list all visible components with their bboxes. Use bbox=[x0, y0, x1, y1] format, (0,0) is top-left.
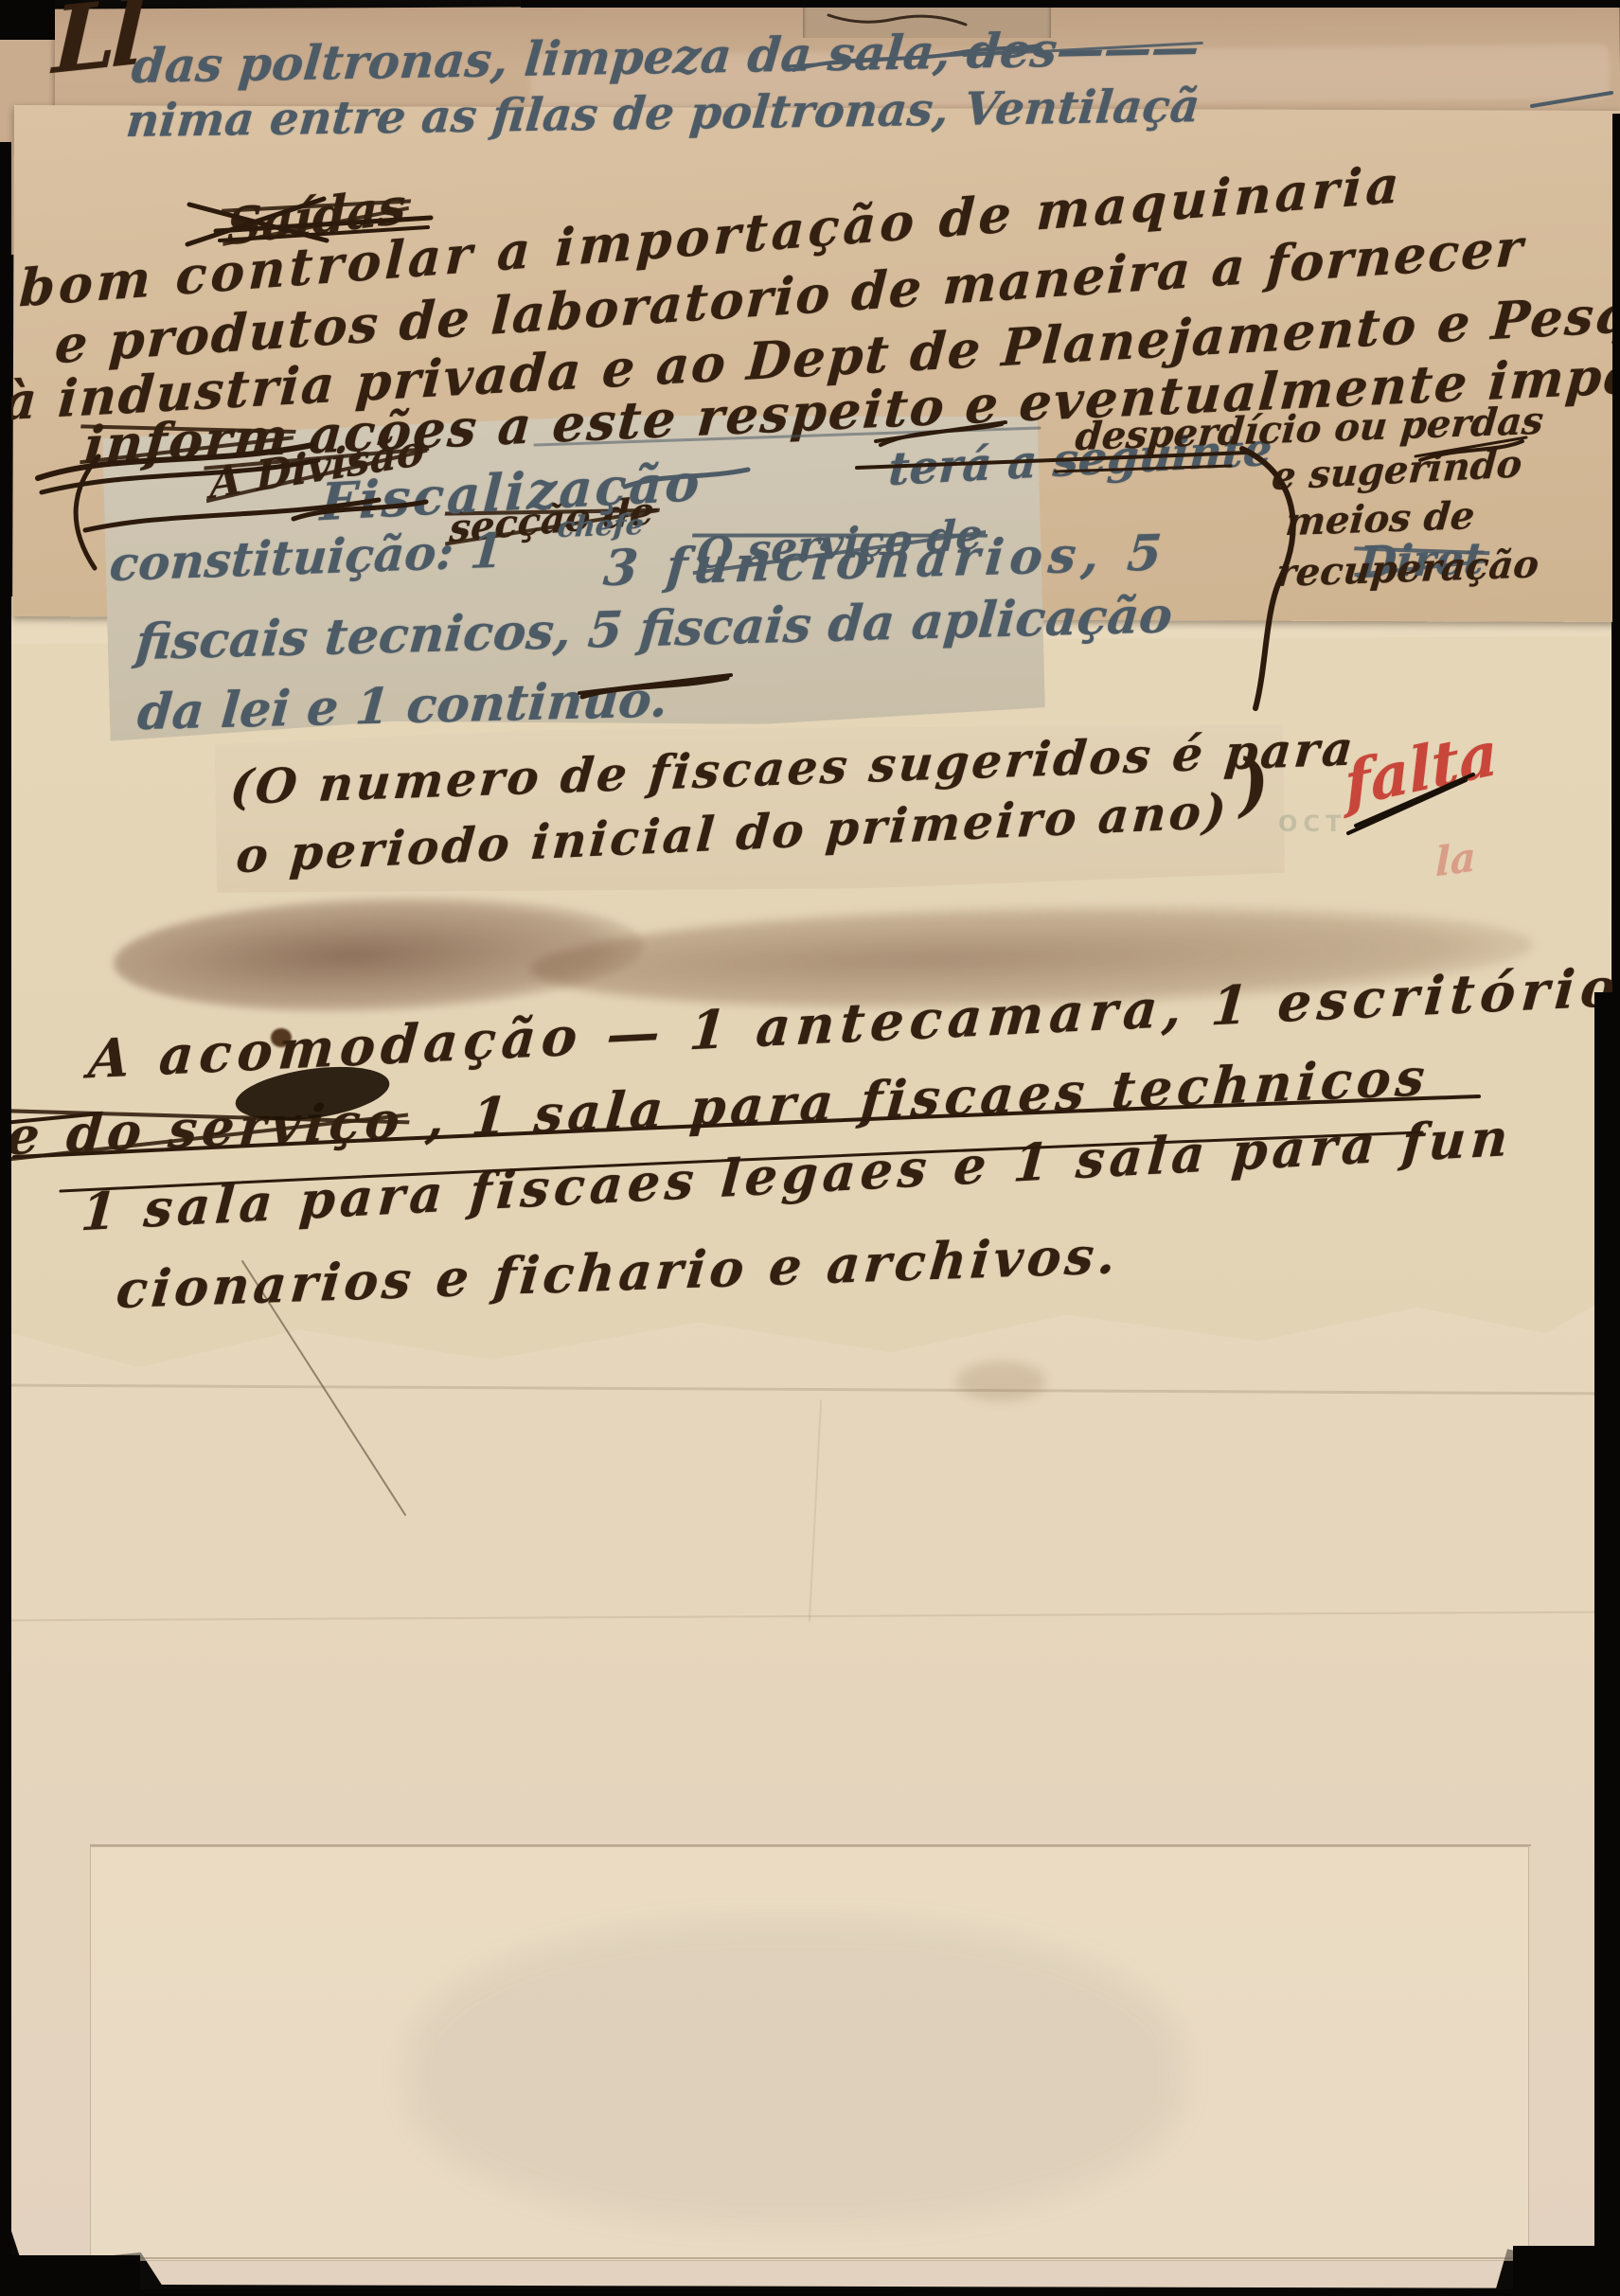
scan-bed-top-left bbox=[0, 0, 55, 40]
scan-bed-right-strip bbox=[1594, 992, 1620, 2296]
margin-note-4: recuperação bbox=[1274, 542, 1540, 596]
scrap-line1-struck: des——— bbox=[965, 19, 1202, 79]
bottom-sheet-edge-bottom bbox=[95, 2257, 1529, 2259]
corner-initials: Ll bbox=[51, 0, 141, 95]
small-stain-center bbox=[956, 1362, 1046, 1401]
faint-bottom-smudge bbox=[407, 1922, 1184, 2225]
scan-bed-top-line bbox=[521, 0, 1620, 8]
red-annotation-faint: la bbox=[1435, 833, 1476, 885]
scan-bed-bottom-line bbox=[0, 2289, 1620, 2296]
scan-bed-left-strip bbox=[0, 142, 11, 2263]
scan-bed-right-thin bbox=[1612, 114, 1620, 994]
bottom-sheet-edge-top bbox=[90, 1844, 1531, 1846]
ghost-print-text: OCT bbox=[1278, 810, 1346, 837]
margin-note-3: meios de bbox=[1284, 493, 1477, 544]
scanned-manuscript-page: Ll das poltronas, limpeza da sala, des——… bbox=[0, 0, 1620, 2296]
